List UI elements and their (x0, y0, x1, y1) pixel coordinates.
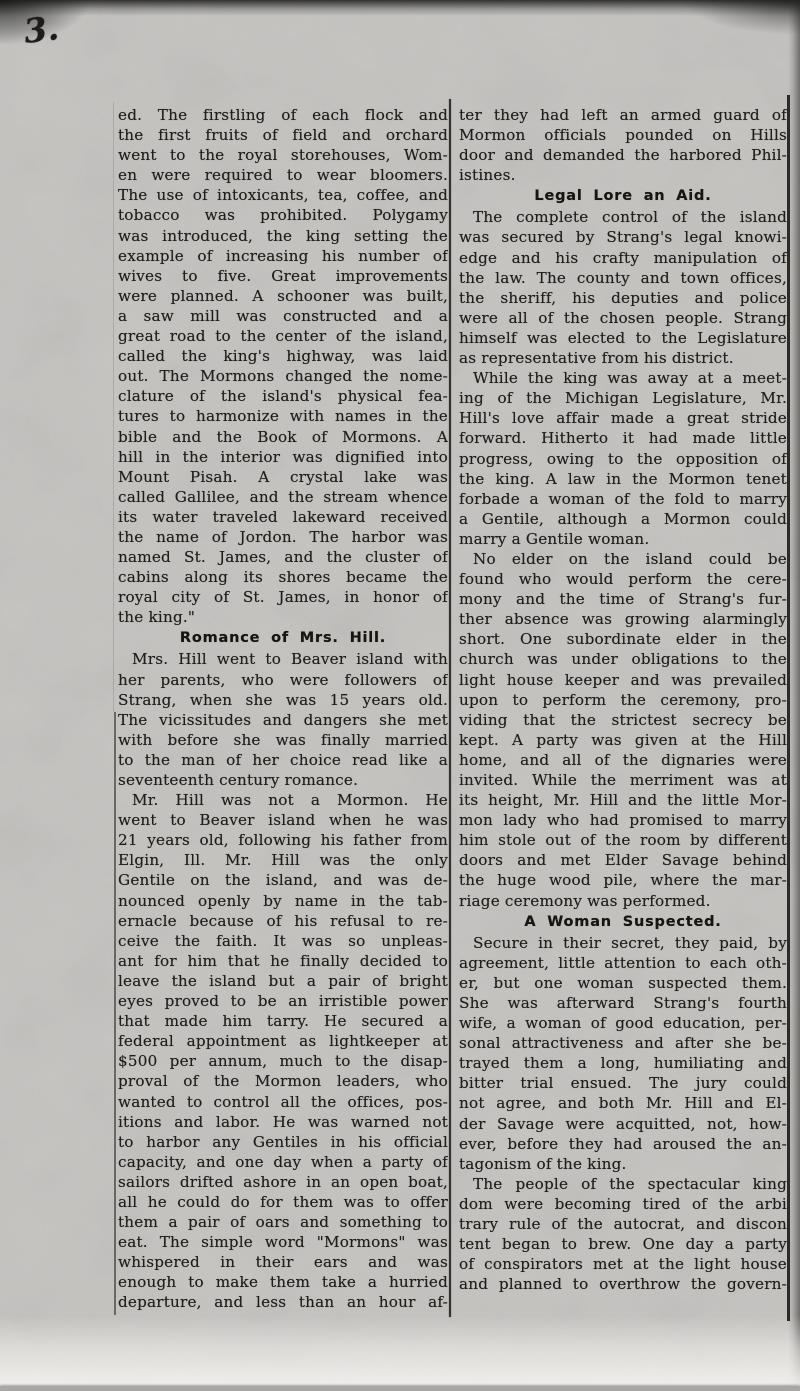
left-column-faint-rule (113, 102, 114, 712)
text-line: church was under obligations to the (459, 649, 787, 669)
text-line: called Gallilee, and the stream whence (118, 487, 448, 507)
text-line: The people of the spectacular king (459, 1174, 787, 1194)
text-line: departure, and less than an hour af- (118, 1292, 448, 1312)
text-line: der Savage were acquitted, not, how- (459, 1114, 787, 1134)
text-line: the name of Jordon. The harbor was (118, 527, 448, 547)
text-line: trayed them a long, humiliating and (459, 1053, 787, 1073)
text-line: with before she was finally married (118, 730, 448, 750)
text-line: tobacco was prohibited. Polygamy (118, 205, 448, 225)
text-line: the king. A law in the Mormon tenet (459, 469, 787, 489)
text-line: whispered in their ears and was (118, 1252, 448, 1272)
text-line: ernacle because of his refusal to re- (118, 911, 448, 931)
text-line: Gentile on the island, and was de- (118, 870, 448, 890)
text-line: the sheriff, his deputies and police (459, 288, 787, 308)
text-line: hill in the interior was dignified into (118, 447, 448, 467)
text-line: went to the royal storehouses, Wom- (118, 145, 448, 165)
text-line: ever, before they had aroused the an- (459, 1134, 787, 1154)
handwritten-page-number: 3. (22, 8, 61, 51)
text-line: sonal attractiveness and after she be- (459, 1033, 787, 1053)
text-line: dom were becoming tired of the arbi (459, 1194, 787, 1214)
text-line: her parents, who were followers of (118, 670, 448, 690)
text-line: of conspirators met at the light house (459, 1254, 787, 1274)
text-line: forbade a woman of the fold to marry (459, 489, 787, 509)
text-line: The complete control of the island (459, 207, 787, 227)
text-line: The use of intoxicants, tea, coffee, and (118, 185, 448, 205)
text-line: eat. The simple word "Mormons" was (118, 1232, 448, 1252)
text-line: not agree, and both Mr. Hill and El- (459, 1093, 787, 1113)
text-line: a saw mill was constructed and a (118, 306, 448, 326)
text-line: agreement, little attention to each oth- (459, 953, 787, 973)
text-line: cabins along its shores became the (118, 567, 448, 587)
text-line: seventeenth century romance. (118, 770, 448, 790)
text-line: riage ceremony was performed. (459, 891, 787, 911)
text-line: Mrs. Hill went to Beaver island with (118, 649, 448, 669)
text-line: were planned. A schooner was built, (118, 286, 448, 306)
text-line: light house keeper and was prevailed (459, 670, 787, 690)
left-column-edge-rule (114, 712, 116, 1315)
section-heading: A Woman Suspected. (459, 912, 787, 933)
text-line: example of increasing his number of (118, 246, 448, 266)
text-line: tent began to brew. One day a party (459, 1234, 787, 1254)
text-line: home, and all of the dignaries were (459, 750, 787, 770)
text-line: ed. The firstling of each flock and (118, 105, 448, 125)
text-line: ing of the Michigan Legislature, Mr. (459, 388, 787, 408)
text-line: found who would perform the cere- (459, 569, 787, 589)
text-line: short. One subordinate elder in the (459, 629, 787, 649)
text-line: tures to harmonize with names in the (118, 406, 448, 426)
text-line: and planned to overthrow the govern- (459, 1274, 787, 1294)
scan-bottom-edge (0, 1386, 800, 1391)
text-line: wife, a woman of good education, per- (459, 1013, 787, 1033)
text-line: capacity, and one day when a party of (118, 1152, 448, 1172)
text-line: to harbor any Gentiles in his official (118, 1132, 448, 1152)
text-line: its height, Mr. Hill and the little Mor- (459, 790, 787, 810)
text-line: itions and labor. He was warned not (118, 1112, 448, 1132)
text-line: invited. While the merriment was at (459, 770, 787, 790)
text-line: Hill's love affair made a great stride (459, 408, 787, 428)
text-line: leave the island but a pair of bright (118, 971, 448, 991)
text-line: viding that the strictest secrecy be (459, 710, 787, 730)
text-line: clature of the island's physical fea- (118, 386, 448, 406)
text-line: door and demanded the harbored Phil- (459, 145, 787, 165)
text-line: ant for him that he finally decided to (118, 951, 448, 971)
text-line: as representative from his district. (459, 348, 787, 368)
text-line: enough to make them take a hurried (118, 1272, 448, 1292)
text-line: bible and the Book of Mormons. A (118, 427, 448, 447)
text-line: Elgin, Ill. Mr. Hill was the only (118, 850, 448, 870)
text-line: federal appointment as lightkeeper at (118, 1031, 448, 1051)
scan-corner-shadow (0, 0, 120, 70)
text-line: While the king was away at a meet- (459, 368, 787, 388)
text-line: tagonism of the king. (459, 1154, 787, 1174)
text-line: them a pair of oars and something to (118, 1212, 448, 1232)
text-line: royal city of St. James, in honor of (118, 587, 448, 607)
text-line: ter they had left an armed guard of (459, 105, 787, 125)
text-line: marry a Gentile woman. (459, 529, 787, 549)
section-heading: Legal Lore an Aid. (459, 186, 787, 207)
text-line: er, but one woman suspected them. (459, 973, 787, 993)
column-divider-rule (449, 99, 451, 1317)
left-column: ed. The firstling of each flock andthe f… (118, 105, 448, 1313)
text-line: ther absence was growing alarmingly (459, 609, 787, 629)
scan-corner-shadow (640, 0, 800, 50)
text-line: progress, owing to the opposition of (459, 449, 787, 469)
right-column-edge-rule (787, 95, 790, 1321)
text-line: ceive the faith. It was so unpleas- (118, 931, 448, 951)
text-line: edge and his crafty manipulation of (459, 248, 787, 268)
text-line: the first fruits of field and orchard (118, 125, 448, 145)
text-line: The vicissitudes and dangers she met (118, 710, 448, 730)
scan-bottom-fade (0, 1316, 800, 1386)
text-line: kept. A party was given at the Hill (459, 730, 787, 750)
text-line: nounced openly by name in the tab- (118, 891, 448, 911)
text-line: great road to the center of the island, (118, 326, 448, 346)
text-line: the huge wood pile, where the mar- (459, 870, 787, 890)
text-line: bitter trial ensued. The jury could (459, 1073, 787, 1093)
text-line: that made him tarry. He secured a (118, 1011, 448, 1031)
text-line: out. The Mormons changed the nome- (118, 366, 448, 386)
text-line: sailors drifted ashore in an open boat, (118, 1172, 448, 1192)
text-line: was secured by Strang's legal knowi- (459, 227, 787, 247)
text-line: himself was elected to the Legislature (459, 328, 787, 348)
text-line: She was afterward Strang's fourth (459, 993, 787, 1013)
text-line: 21 years old, following his father from (118, 830, 448, 850)
scanned-newspaper-page: 3. ed. The firstling of each flock andth… (0, 0, 800, 1391)
text-line: Mormon officials pounded on Hills (459, 125, 787, 145)
text-line: wanted to control all the offices, pos- (118, 1092, 448, 1112)
text-line: Secure in their secret, they paid, by (459, 933, 787, 953)
text-line: called the king's highway, was laid (118, 346, 448, 366)
text-line: to the man of her choice read like a (118, 750, 448, 770)
text-line: its water traveled lakeward received (118, 507, 448, 527)
text-line: Mr. Hill was not a Mormon. He (118, 790, 448, 810)
text-line: all he could do for them was to offer (118, 1192, 448, 1212)
text-line: doors and met Elder Savage behind (459, 850, 787, 870)
text-line: the king." (118, 607, 448, 627)
text-line: mony and the time of Strang's fur- (459, 589, 787, 609)
text-line: $500 per annum, much to the disap- (118, 1051, 448, 1071)
text-line: en were required to wear bloomers. (118, 165, 448, 185)
text-line: upon to perform the ceremony, pro- (459, 690, 787, 710)
text-line: was introduced, the king setting the (118, 226, 448, 246)
text-line: wives to five. Great improvements (118, 266, 448, 286)
text-line: proval of the Mormon leaders, who (118, 1071, 448, 1091)
text-line: the law. The county and town offices, (459, 268, 787, 288)
text-line: named St. James, and the cluster of (118, 547, 448, 567)
text-line: forward. Hitherto it had made little (459, 428, 787, 448)
text-line: istines. (459, 165, 787, 185)
text-line: trary rule of the autocrat, and discon (459, 1214, 787, 1234)
section-heading: Romance of Mrs. Hill. (118, 628, 448, 649)
text-line: were all of the chosen people. Strang (459, 308, 787, 328)
text-line: mon lady who had promised to marry (459, 810, 787, 830)
text-line: him stole out of the room by different (459, 830, 787, 850)
text-line: a Gentile, although a Mormon could (459, 509, 787, 529)
text-line: Mount Pisah. A crystal lake was (118, 467, 448, 487)
text-line: went to Beaver island when he was (118, 810, 448, 830)
text-line: Strang, when she was 15 years old. (118, 690, 448, 710)
text-line: eyes proved to be an irristible power (118, 991, 448, 1011)
text-line: No elder on the island could be (459, 549, 787, 569)
right-column: ter they had left an armed guard ofMormo… (459, 105, 787, 1294)
